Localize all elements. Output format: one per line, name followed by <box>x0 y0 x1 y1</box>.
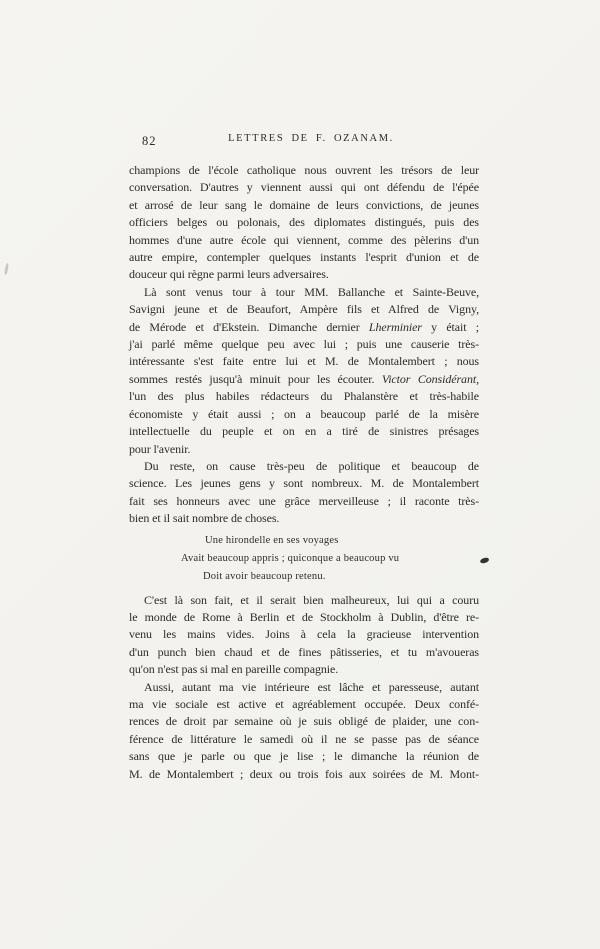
text-line: de Mérode et d'Ekstein. Dimanche dernier… <box>129 319 479 336</box>
paragraph: Là sont venus tour à tour MM. Ballanche … <box>129 284 479 458</box>
text-line: conversation. D'autres y viennent aussi … <box>129 179 479 196</box>
text-line: sans que je parle ou que je lise ; le di… <box>129 748 479 765</box>
paragraph: champions de l'école catholique nous ouv… <box>129 162 479 284</box>
text-line: bien et il sait nombre de choses. <box>129 510 479 527</box>
paragraph: Du reste, on cause très-peu de politique… <box>129 458 479 528</box>
text-line: j'ai parlé même quelque peu avec lui ; p… <box>129 336 479 353</box>
page-header: 82 LETTRES DE F. OZANAM. <box>129 133 479 162</box>
text-line: hommes d'une autre école qui viennent, c… <box>129 232 479 249</box>
text-line: champions de l'école catholique nous ouv… <box>129 162 479 179</box>
text-line: intellectuelle du peuple et on en a tiré… <box>129 423 479 440</box>
text-line: sommes restés jusqu'à minuit pour les éc… <box>129 371 479 388</box>
text-line: qu'on n'est pas si mal en pareille compa… <box>129 661 479 678</box>
running-title: LETTRES DE F. OZANAM. <box>129 133 479 144</box>
text-line: officiers belges ou polonais, des diplom… <box>129 214 479 231</box>
text-line: économiste y était aussi ; on a beaucoup… <box>129 406 479 423</box>
text-line: d'un punch bien chaud et de fines pâtiss… <box>129 644 479 661</box>
text-line: autre empire, contempler quelques instan… <box>129 249 479 266</box>
verse-block: Une hirondelle en ses voyagesAvait beauc… <box>181 532 479 586</box>
text-line: Du reste, on cause très-peu de politique… <box>129 458 479 475</box>
text-line: Aussi, autant ma vie intérieure est lâch… <box>129 679 479 696</box>
text-line: pour l'avenir. <box>129 441 479 458</box>
text-line: C'est là son fait, et il serait bien mal… <box>129 592 479 609</box>
text-line: Là sont venus tour à tour MM. Ballanche … <box>129 284 479 301</box>
text-line: M. de Montalembert ; deux ou trois fois … <box>129 766 479 783</box>
text-line: l'un des plus habiles rédacteurs du Phal… <box>129 388 479 405</box>
text-line: rences de droit par semaine où je suis o… <box>129 713 479 730</box>
paragraph: Aussi, autant ma vie intérieure est lâch… <box>129 679 479 783</box>
text-column: 82 LETTRES DE F. OZANAM. champions de l'… <box>129 133 479 783</box>
text-line: douceur qui règne parmi leurs adversaire… <box>129 266 479 283</box>
ink-speck <box>4 263 9 275</box>
text-line: Doit avoir beaucoup retenu. <box>203 568 479 586</box>
book-page: 82 LETTRES DE F. OZANAM. champions de l'… <box>0 0 600 949</box>
text-line: intéressante s'est faite entre lui et M.… <box>129 353 479 370</box>
text-line: Avait beaucoup appris ; quiconque a beau… <box>181 550 479 568</box>
text-line: férence de littérature le samedi où il n… <box>129 731 479 748</box>
paragraph: C'est là son fait, et il serait bien mal… <box>129 592 479 679</box>
ink-speck <box>480 557 490 564</box>
text-line: Savigni jeune et de Beaufort, Ampère fil… <box>129 301 479 318</box>
text-line: et arrosé de leur sang le domaine de leu… <box>129 197 479 214</box>
text-line: fait ses honneurs avec une grâce merveil… <box>129 493 479 510</box>
text-line: Une hirondelle en ses voyages <box>205 532 479 550</box>
text-line: venu les mains vides. Joins à cela la gr… <box>129 626 479 643</box>
text-line: le monde de Rome à Berlin et de Stockhol… <box>129 609 479 626</box>
text-line: science. Les jeunes gens y sont nombreux… <box>129 475 479 492</box>
page-number: 82 <box>142 134 157 149</box>
text-body: champions de l'école catholique nous ouv… <box>129 162 479 783</box>
text-line: ma vie sociale est active et agréablemen… <box>129 696 479 713</box>
